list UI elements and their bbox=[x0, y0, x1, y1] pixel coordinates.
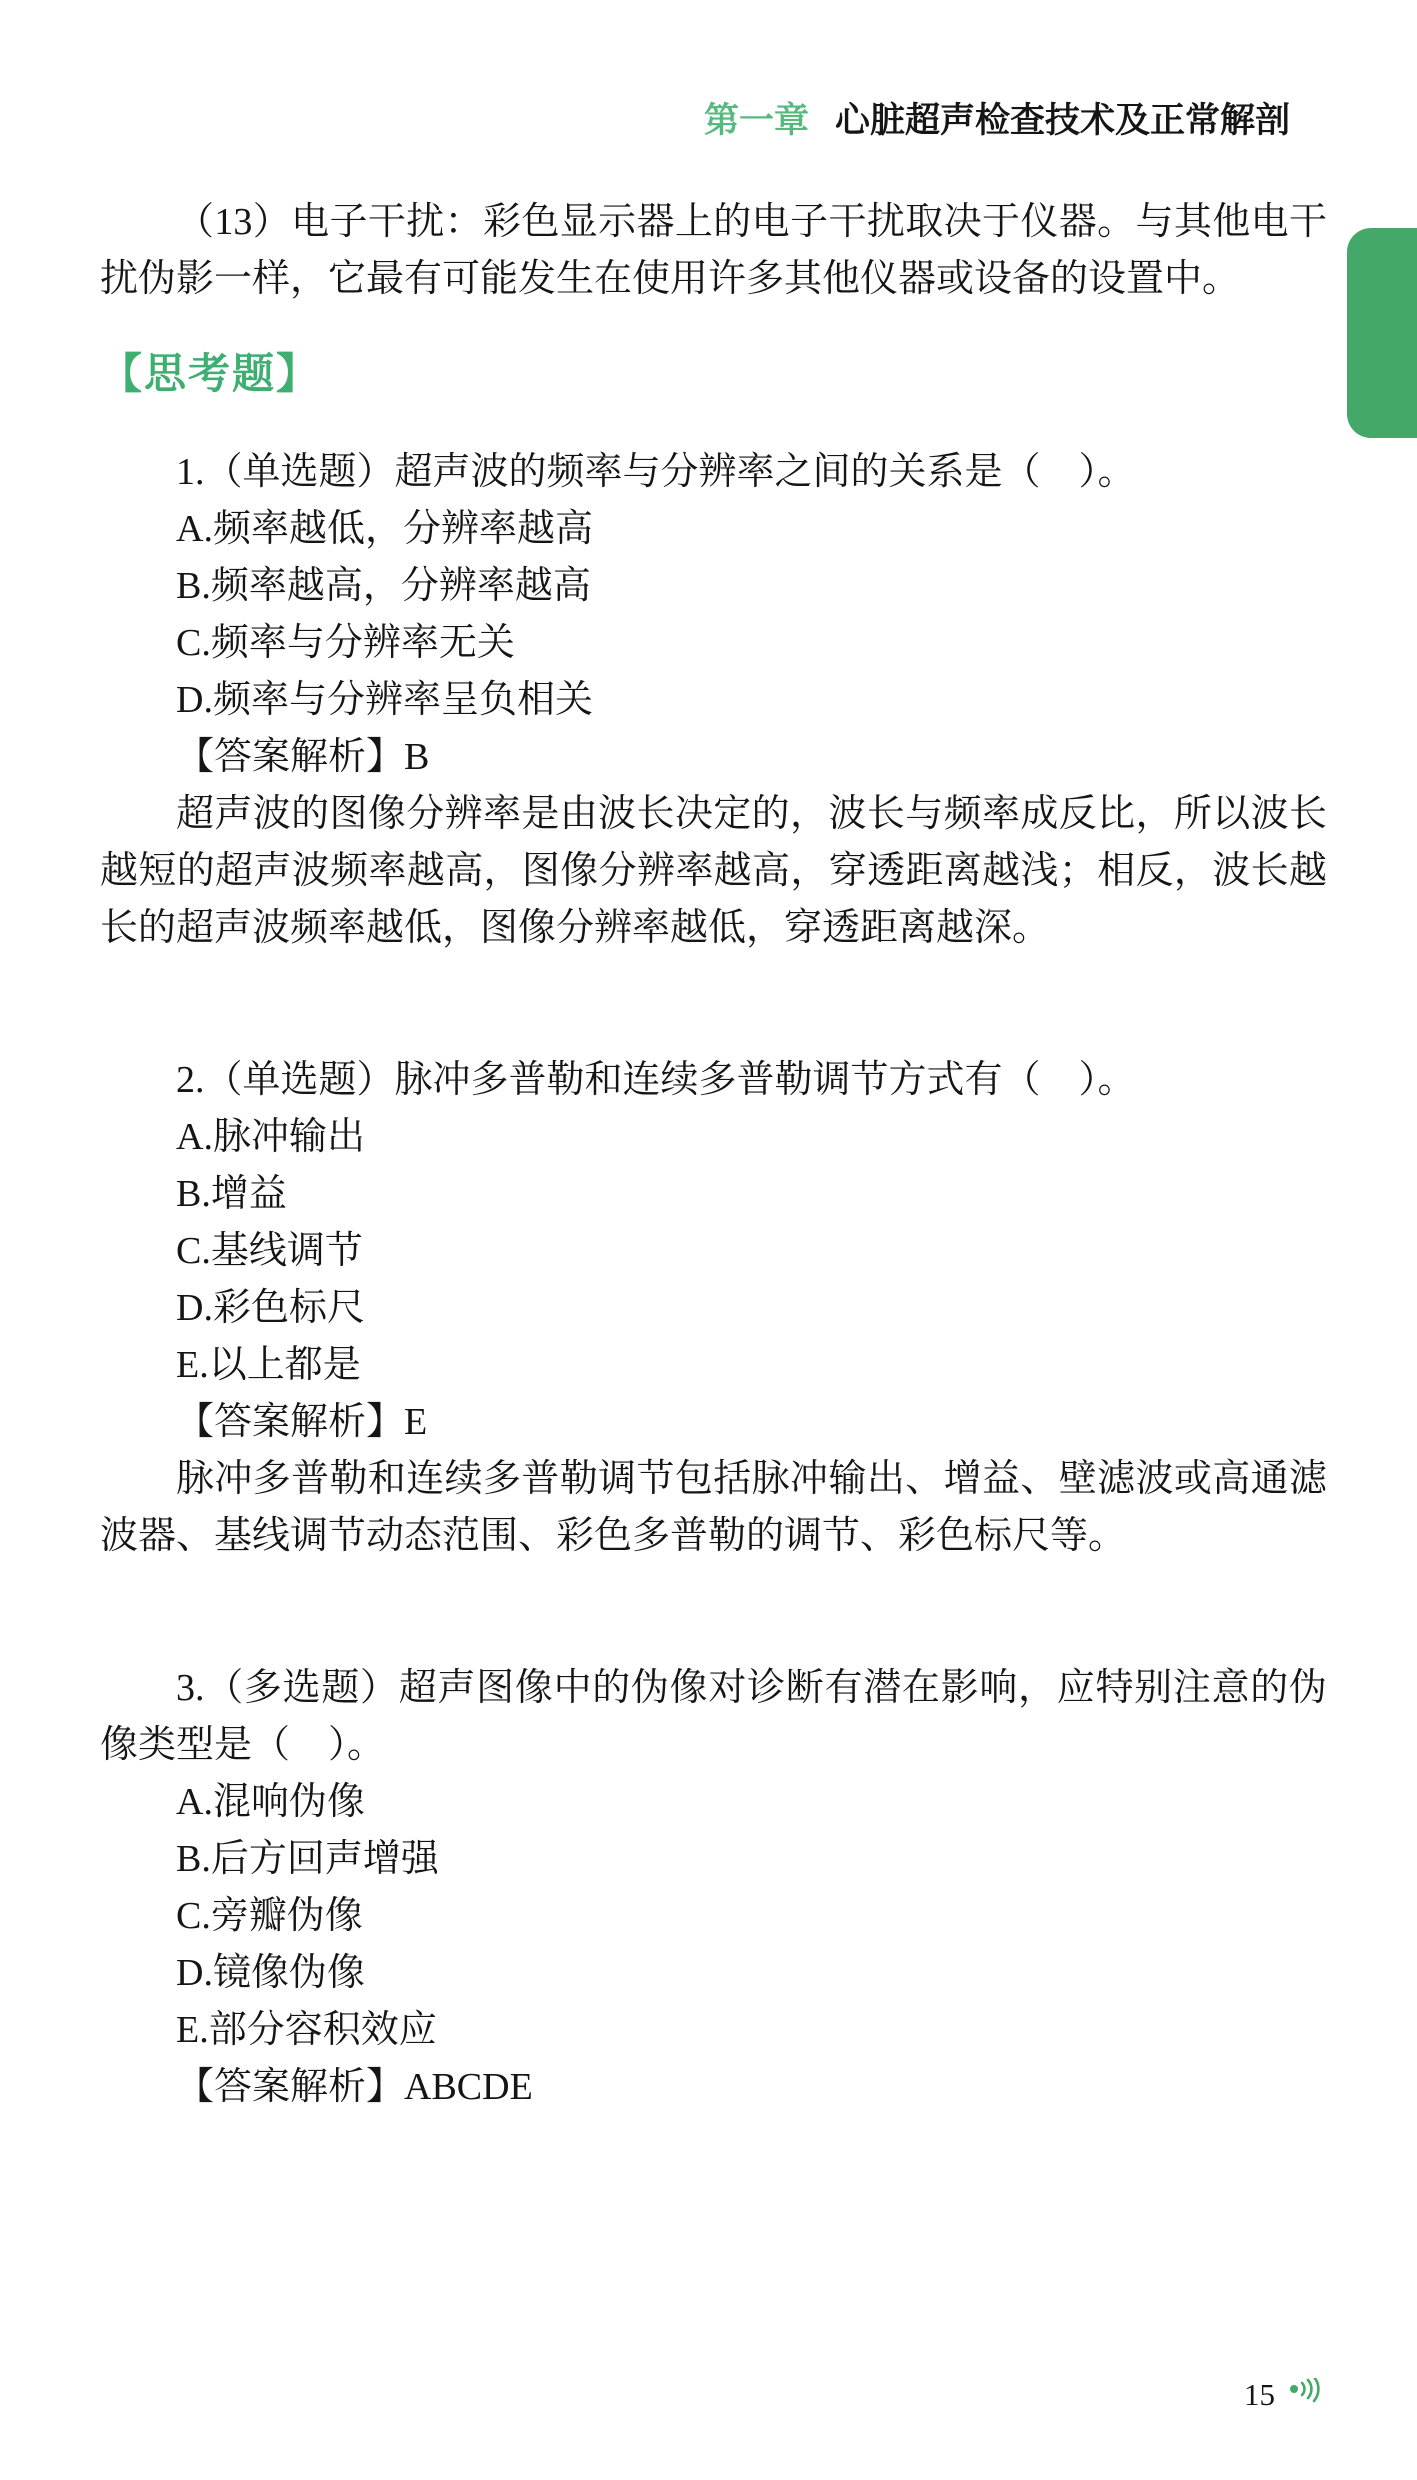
page-footer: 15 bbox=[1244, 2375, 1330, 2415]
question-3-stem: 3.（多选题）超声图像中的伪像对诊断有潜在影响，应特别注意的伪像类型是（ ）。 bbox=[100, 1660, 1327, 1774]
question-1-option-c: C.频率与分辨率无关 bbox=[100, 615, 1327, 672]
question-2-stem: 2.（单选题）脉冲多普勒和连续多普勒调节方式有（ ）。 bbox=[100, 1052, 1327, 1109]
intro-paragraph: （13）电子干扰：彩色显示器上的电子干扰取决于仪器。与其他电干扰伪影一样，它最有… bbox=[100, 194, 1327, 308]
page-header: 第一章 心脏超声检查技术及正常解剖 bbox=[704, 100, 1290, 142]
question-2-option-a: A.脉冲输出 bbox=[100, 1109, 1327, 1166]
question-3-option-c: C.旁瓣伪像 bbox=[100, 1888, 1327, 1945]
chapter-number: 第一章 bbox=[704, 100, 809, 142]
question-2-option-b: B.增益 bbox=[100, 1166, 1327, 1223]
question-2-explanation: 脉冲多普勒和连续多普勒调节包括脉冲输出、增益、壁滤波或高通滤波器、基线调节动态范… bbox=[100, 1451, 1327, 1565]
chapter-title: 心脏超声检查技术及正常解剖 bbox=[835, 100, 1290, 142]
question-2-answer: 【答案解析】E bbox=[100, 1394, 1327, 1451]
page-content: （13）电子干扰：彩色显示器上的电子干扰取决于仪器。与其他电干扰伪影一样，它最有… bbox=[100, 194, 1327, 2116]
question-1: 1.（单选题）超声波的频率与分辨率之间的关系是（ ）。 A.频率越低，分辨率越高… bbox=[100, 444, 1327, 957]
question-2-option-d: D.彩色标尺 bbox=[100, 1280, 1327, 1337]
question-1-explanation: 超声波的图像分辨率是由波长决定的，波长与频率成反比，所以波长越短的超声波频率越高… bbox=[100, 786, 1327, 957]
chapter-side-tab bbox=[1347, 228, 1417, 438]
question-2-option-c: C.基线调节 bbox=[100, 1223, 1327, 1280]
sound-wave-icon bbox=[1288, 2378, 1330, 2412]
question-3-option-a: A.混响伪像 bbox=[100, 1774, 1327, 1831]
question-3-option-d: D.镜像伪像 bbox=[100, 1945, 1327, 2002]
page-number: 15 bbox=[1244, 2375, 1275, 2415]
question-1-option-d: D.频率与分辨率呈负相关 bbox=[100, 672, 1327, 729]
question-3-option-b: B.后方回声增强 bbox=[100, 1831, 1327, 1888]
question-3-answer: 【答案解析】ABCDE bbox=[100, 2059, 1327, 2116]
question-1-option-a: A.频率越低，分辨率越高 bbox=[100, 501, 1327, 558]
question-1-option-b: B.频率越高，分辨率越高 bbox=[100, 558, 1327, 615]
question-1-answer: 【答案解析】B bbox=[100, 729, 1327, 786]
question-1-stem: 1.（单选题）超声波的频率与分辨率之间的关系是（ ）。 bbox=[100, 444, 1327, 501]
question-2-option-e: E.以上都是 bbox=[100, 1337, 1327, 1394]
section-heading: 【思考题】 bbox=[100, 344, 1327, 404]
question-3: 3.（多选题）超声图像中的伪像对诊断有潜在影响，应特别注意的伪像类型是（ ）。 … bbox=[100, 1660, 1327, 2116]
question-3-option-e: E.部分容积效应 bbox=[100, 2002, 1327, 2059]
book-page: 第一章 心脏超声检查技术及正常解剖 （13）电子干扰：彩色显示器上的电子干扰取决… bbox=[0, 0, 1417, 2480]
question-2: 2.（单选题）脉冲多普勒和连续多普勒调节方式有（ ）。 A.脉冲输出 B.增益 … bbox=[100, 1052, 1327, 1565]
